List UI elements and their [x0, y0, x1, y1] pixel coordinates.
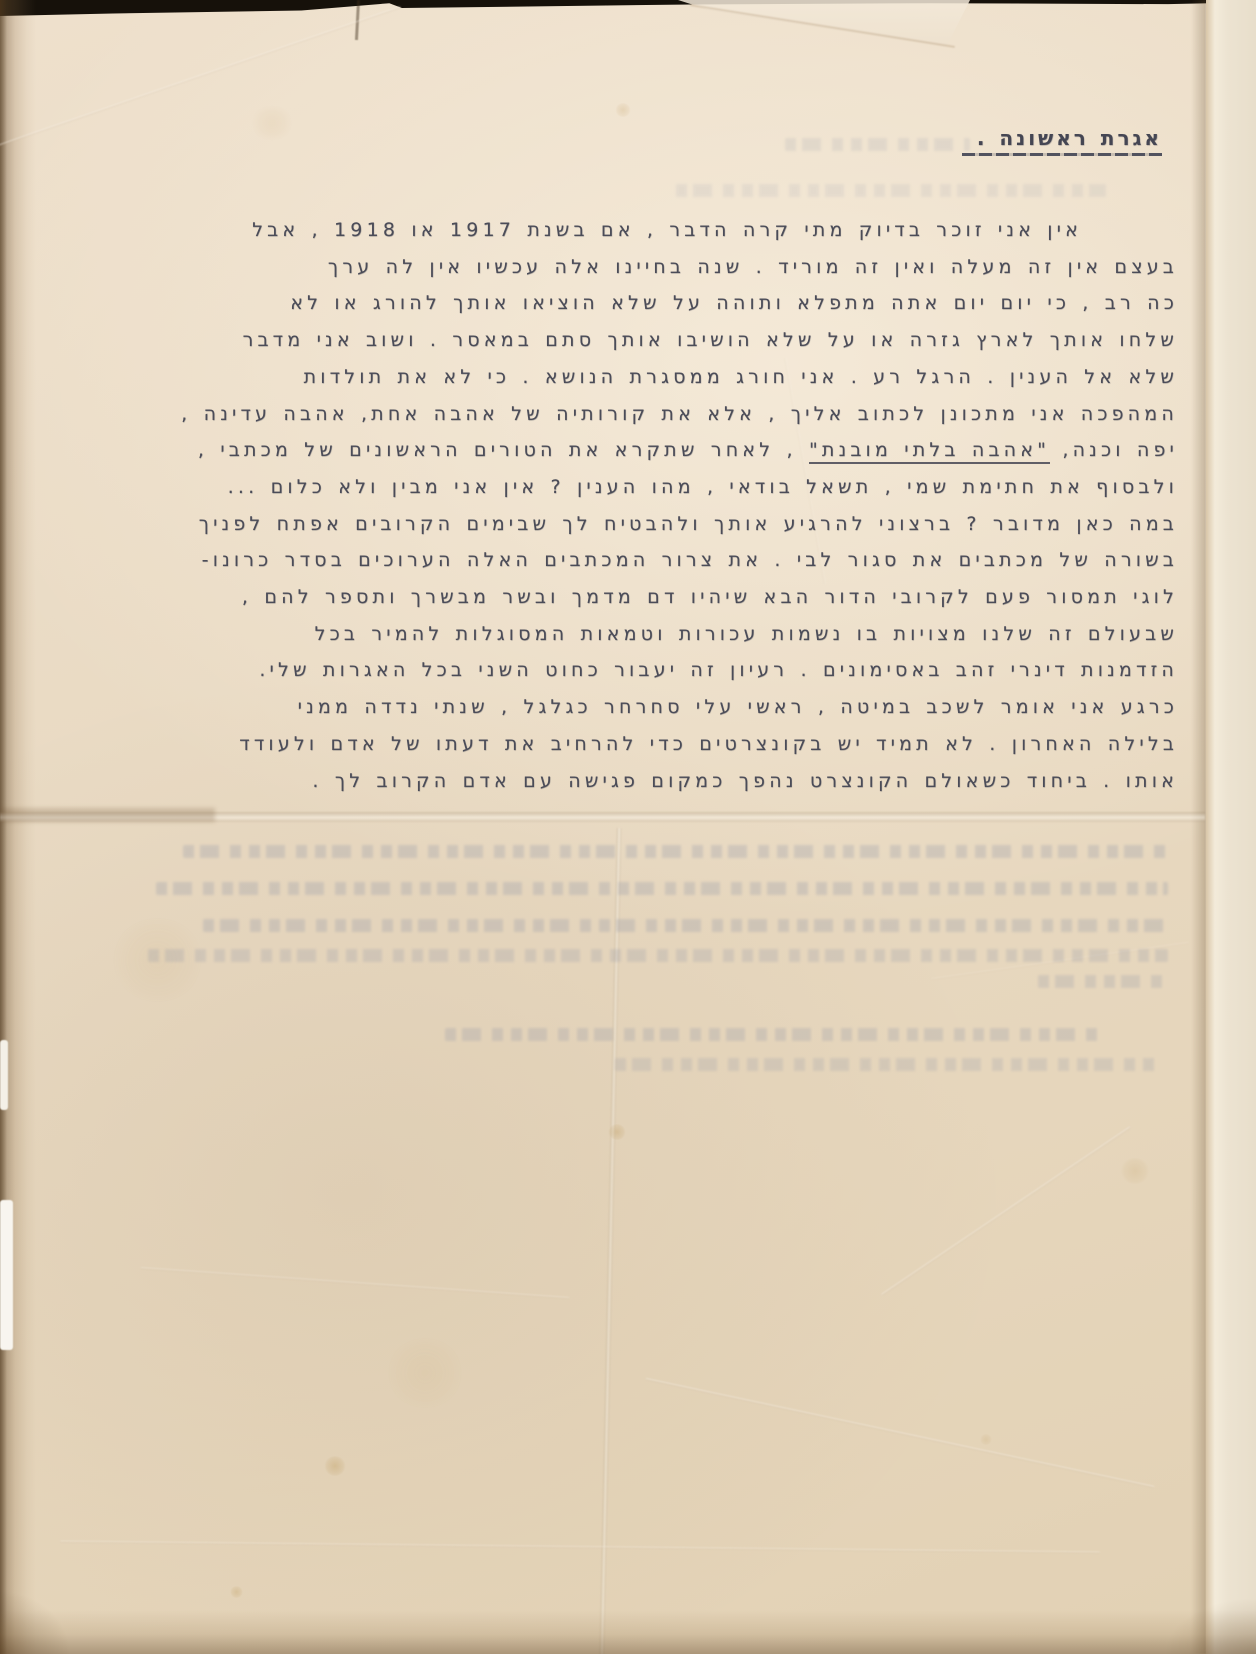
stain-spot: [615, 103, 631, 117]
bleedthrough-text-row: [203, 919, 1168, 932]
stain-smudge: [250, 108, 294, 138]
bleedthrough-text-row: [183, 845, 1168, 858]
letter-heading: אגרת ראשונה .: [962, 126, 1162, 156]
left-torn-sliver: [0, 1040, 8, 1110]
bleedthrough-text-row: [156, 882, 1168, 895]
bleedthrough-text-row: [1038, 975, 1168, 988]
crease-line: [645, 1378, 1154, 1488]
letter-line: הזדמנות דינרי זהב באסימונים . רעיון זה י…: [181, 652, 1178, 689]
bleedthrough-text-row: [785, 138, 970, 151]
letter-title: אגרת ראשונה .: [962, 126, 1162, 150]
line-text: לוגי תמסור פעם לקרובי הדור הבא שיהיו דם …: [242, 586, 1178, 608]
letter-line: בשורה של מכתבים את סגור לבי . את צרור המ…: [181, 542, 1178, 579]
letter-line: בעצם אין זה מעלה ואין זה מוריד . שנה בחי…: [181, 249, 1178, 286]
bleedthrough-text-row: [676, 184, 1106, 197]
crease-line: [140, 1267, 569, 1299]
letter-line: שלא אל הענין . הרגל רע . אני חורג ממסגרת…: [181, 359, 1178, 396]
horizontal-fold-shadow: [0, 808, 215, 822]
line-text: הזדמנות דינרי זהב באסימונים . רעיון זה י…: [259, 659, 1178, 681]
letter-line: במה כאן מדובר ? ברצוני להרגיע אותך ולהבט…: [181, 506, 1178, 543]
letter-line: יפה וכנה, "אהבה בלתי מובנת" , לאחר שתקרא…: [181, 432, 1178, 469]
letter-line: המהפכה אני מתכונן לכתוב אליך , אלא את קו…: [181, 396, 1178, 433]
line-text: , לאחר שתקרא את הטורים הראשונים של מכתבי…: [198, 439, 809, 461]
line-text: בשורה של מכתבים את סגור לבי . את צרור המ…: [202, 549, 1178, 571]
crease-line: [881, 1126, 1131, 1295]
letter-body: אין אני זוכר בדיוק מתי קרה הדבר , אם בשנ…: [181, 212, 1178, 799]
bleedthrough-text-row: [615, 1058, 1160, 1071]
stain-spot: [324, 1456, 346, 1476]
letter-line: ולבסוף את חתימת שמי , תשאל בודאי , מהו ה…: [181, 469, 1178, 506]
line-text: שבעולם זה שלנו מצויות בו נשמות עכורות וט…: [315, 623, 1178, 645]
stain-spot: [608, 1124, 626, 1140]
letter-line: בלילה האחרון . לא תמיד יש בקונצרטים כדי …: [181, 726, 1178, 763]
line-text: שלחו אותך לארץ גזרה או על שלא הושיבו אות…: [243, 329, 1178, 351]
line-text: ולבסוף את חתימת שמי , תשאל בודאי , מהו ה…: [228, 476, 1178, 498]
letter-line: לוגי תמסור פעם לקרובי הדור הבא שיהיו דם …: [181, 579, 1178, 616]
left-edge-shadow: [0, 0, 7, 1654]
letter-line: שבעולם זה שלנו מצויות בו נשמות עכורות וט…: [181, 616, 1178, 653]
letter-line: כרגע אני אומר לשכב במיטה , ראשי עלי סחרח…: [181, 689, 1178, 726]
letter-line: אין אני זוכר בדיוק מתי קרה הדבר , אם בשנ…: [181, 212, 1082, 249]
crease-line: [60, 1541, 1100, 1554]
title-underline: [962, 153, 1162, 156]
letter-line: שלחו אותך לארץ גזרה או על שלא הושיבו אות…: [181, 322, 1178, 359]
line-text: אין אני זוכר בדיוק מתי קרה הדבר , אם בשנ…: [252, 219, 1082, 241]
line-text: כרגע אני אומר לשכב במיטה , ראשי עלי סחרח…: [298, 696, 1178, 718]
right-fold-shadow: [1191, 0, 1206, 1654]
bottom-left-corner-shadow: [0, 1584, 80, 1654]
bottom-edge-shading: [0, 1610, 1256, 1654]
bleedthrough-text-row: [445, 1028, 1105, 1041]
left-torn-sliver: [0, 1200, 13, 1350]
stain-smudge: [385, 1340, 465, 1406]
line-text: אותו . ביחוד כשאולם הקונצרט נהפך כמקום פ…: [312, 770, 1178, 792]
scan-top-edge: [0, 0, 1256, 16]
line-text: יפה וכנה,: [1050, 439, 1178, 461]
crease-line: [0, 6, 401, 148]
stain-spot: [230, 1586, 243, 1598]
aged-paper-background: אגרת ראשונה . אין אני זוכר בדיוק מתי קרה…: [0, 0, 1256, 1654]
stain-spot: [1120, 1158, 1150, 1184]
stain-spot: [980, 1434, 992, 1445]
line-text: כה רב , כי יום יום אתה מתפלא ותוהה על של…: [290, 292, 1178, 314]
bottom-right-corner-shadow: [1136, 1594, 1256, 1654]
letter-line: אותו . ביחוד כשאולם הקונצרט נהפך כמקום פ…: [181, 763, 1178, 800]
scanned-letter-page: { "letter": { "title": "אגרת ראשונה .", …: [0, 0, 1256, 1654]
line-text: במה כאן מדובר ? ברצוני להרגיע אותך ולהבט…: [199, 513, 1178, 535]
line-text: שלא אל הענין . הרגל רע . אני חורג ממסגרת…: [304, 366, 1178, 388]
line-text: בלילה האחרון . לא תמיד יש בקונצרטים כדי …: [239, 733, 1178, 755]
line-text: בעצם אין זה מעלה ואין זה מוריד . שנה בחי…: [328, 256, 1178, 278]
right-underlying-sheet: [1206, 0, 1256, 1654]
underlined-phrase: "אהבה בלתי מובנת": [809, 439, 1050, 464]
bleedthrough-text-row: [148, 949, 1168, 962]
line-text: המהפכה אני מתכונן לכתוב אליך , אלא את קו…: [181, 403, 1178, 425]
letter-line: כה רב , כי יום יום אתה מתפלא ותוהה על של…: [181, 285, 1178, 322]
